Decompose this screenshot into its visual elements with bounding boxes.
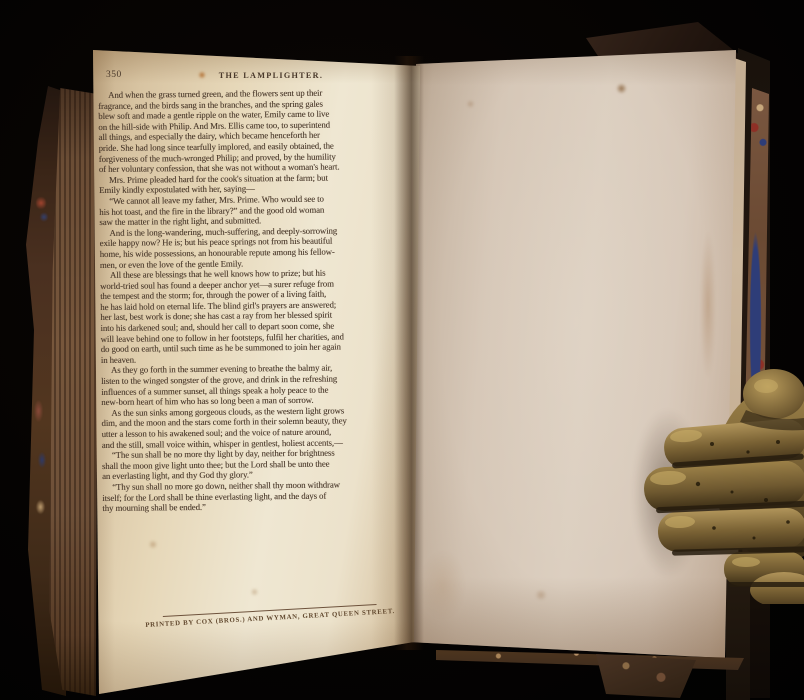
foxing-stain <box>148 540 158 549</box>
marble-fleck-blue <box>38 452 46 468</box>
foxing-stain <box>616 83 627 94</box>
clasp-finger <box>657 507 804 552</box>
photo-stage: 350 THE LAMPLIGHTER. And when the grass … <box>0 0 804 700</box>
text-line: thy mourning shall be ended.” <box>102 500 418 514</box>
running-title: THE LAMPLIGHTER. <box>196 71 346 80</box>
left-page-content: 350 THE LAMPLIGHTER. And when the grass … <box>84 44 426 700</box>
printed-left-page: 350 THE LAMPLIGHTER. And when the grass … <box>84 44 426 700</box>
foxing-stain <box>198 71 206 79</box>
paragraph: And when the grass turned green, and the… <box>98 87 415 175</box>
printer-footer: PRINTED BY COX (BROS.) AND WYMAN, GREAT … <box>142 603 398 629</box>
foxing-stain <box>534 590 548 600</box>
foxing-stain <box>466 100 475 108</box>
paragraph: “Thy sun shall no more go down, neither … <box>102 479 418 514</box>
foxing-stain <box>250 588 259 596</box>
paragraph: As they go forth in the summer evening t… <box>101 362 417 408</box>
paragraph: All these are blessings that he well kno… <box>100 267 417 366</box>
printer-imprint: PRINTED BY COX (BROS.) AND WYMAN, GREAT … <box>142 608 398 629</box>
brass-hand-clasp-icon <box>628 352 804 604</box>
marble-fleck-blue <box>40 212 48 222</box>
paragraph: “The sun shall be no more thy light by d… <box>102 447 418 482</box>
body-text: And when the grass turned green, and the… <box>98 87 418 514</box>
paragraph: And is the long-wandering, much-sufferin… <box>99 224 415 270</box>
foxing-stain <box>420 550 466 620</box>
marble-fleck-tan <box>36 500 45 514</box>
paragraph: As the sun sinks among gorgeous clouds, … <box>101 404 417 450</box>
clasp-knuckle <box>743 369 804 419</box>
page-number: 350 <box>106 70 122 80</box>
paragraph: “We cannot all leave my father, Mrs. Pri… <box>99 193 415 228</box>
marble-fleck-red <box>34 400 43 422</box>
gutter-shadow <box>394 56 424 650</box>
marble-fleck-red <box>36 196 46 210</box>
